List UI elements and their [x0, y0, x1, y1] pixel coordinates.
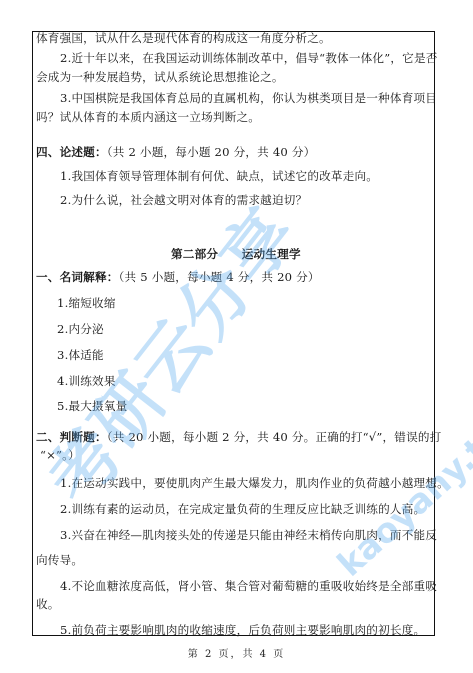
- part1-question-2-line1: 2.近十年以来，在我国运动训练体制改革中，倡导“教体一体化”，它是否: [60, 51, 438, 65]
- judgment-item-4-line2: 收。: [36, 597, 60, 611]
- section-4-heading: 四、论述题：（共 2 小题，每小题 20 分，共 40 分）: [36, 145, 315, 159]
- part1-question-2-line2: 会成为一种发展趋势，试从系统论思想推论之。: [36, 70, 284, 84]
- part2-section-2-heading: 二、判断题：（共 20 小题，每小题 2 分，共 40 分。正确的打“√”，错误…: [36, 430, 441, 444]
- section-4-item-1: 1.我国体育领导管理体制有何优、缺点，试述它的改革走向。: [60, 169, 378, 183]
- part2-section-2-heading-cont: “×”。）: [40, 448, 80, 462]
- term-item-5: 5.最大摄氧量: [57, 399, 127, 413]
- section-4-scoring-note: （共 2 小题，每小题 20 分，共 40 分）: [107, 145, 316, 159]
- judgment-item-5: 5.前负荷主要影响肌肉的收缩速度，后负荷则主要影响肌肉的初长度。: [60, 623, 425, 637]
- section-4-title: 四、论述题：: [36, 145, 107, 159]
- term-item-2: 2.内分泌: [57, 322, 104, 336]
- judgment-item-3-line1: 3.兴奋在神经—肌肉接头处的传递是只能由神经末梢传向肌肉，而不能反: [60, 528, 437, 542]
- part1-question-3-line1: 3.中国棋院是我国体育总局的直属机构，你认为棋类项目是一种体育项目: [60, 91, 437, 105]
- part2-section-2-scoring-note: （共 20 小题，每小题 2 分，共 40 分。正确的打“√”，错误的打: [107, 430, 442, 444]
- judgment-item-1: 1.在运动实践中，要使肌肉产生最大爆发力，肌肉作业的负荷越小越理想。: [60, 476, 449, 490]
- part2-section-2-title: 二、判断题：: [36, 430, 107, 444]
- judgment-item-3-line2: 向传导。: [36, 553, 83, 567]
- part1-question-3-line2: 吗？试从体育的本质内涵这一立场判断之。: [36, 110, 260, 124]
- page-number-footer: 第 2 页，共 4 页: [0, 645, 473, 660]
- part2-section-1-scoring-note: （共 5 小题，每小题 4 分，共 20 分）: [119, 270, 320, 284]
- judgment-item-4-line1: 4.不论血糖浓度高低，肾小管、集合管对葡萄糖的重吸收始终是全部重吸: [60, 579, 437, 593]
- part1-continuation-line: 体育强国，试从什么是现代体育的构成这一角度分析之。: [36, 31, 331, 45]
- term-item-3: 3.体适能: [57, 348, 104, 362]
- term-item-1: 1.缩短收缩: [57, 296, 116, 310]
- part2-section-1-title: 一、名词解释：: [36, 270, 119, 284]
- term-item-4: 4.训练效果: [57, 374, 116, 388]
- part-2-title: 第二部分 运动生理学: [171, 247, 301, 261]
- section-4-item-2: 2.为什么说，社会越文明对体育的需求越迫切？: [60, 193, 307, 207]
- part2-section-1-heading: 一、名词解释：（共 5 小题，每小题 4 分，共 20 分）: [36, 270, 320, 284]
- judgment-item-2: 2.训练有素的运动员，在完成定量负荷的生理反应比缺乏训练的人高。: [60, 502, 425, 516]
